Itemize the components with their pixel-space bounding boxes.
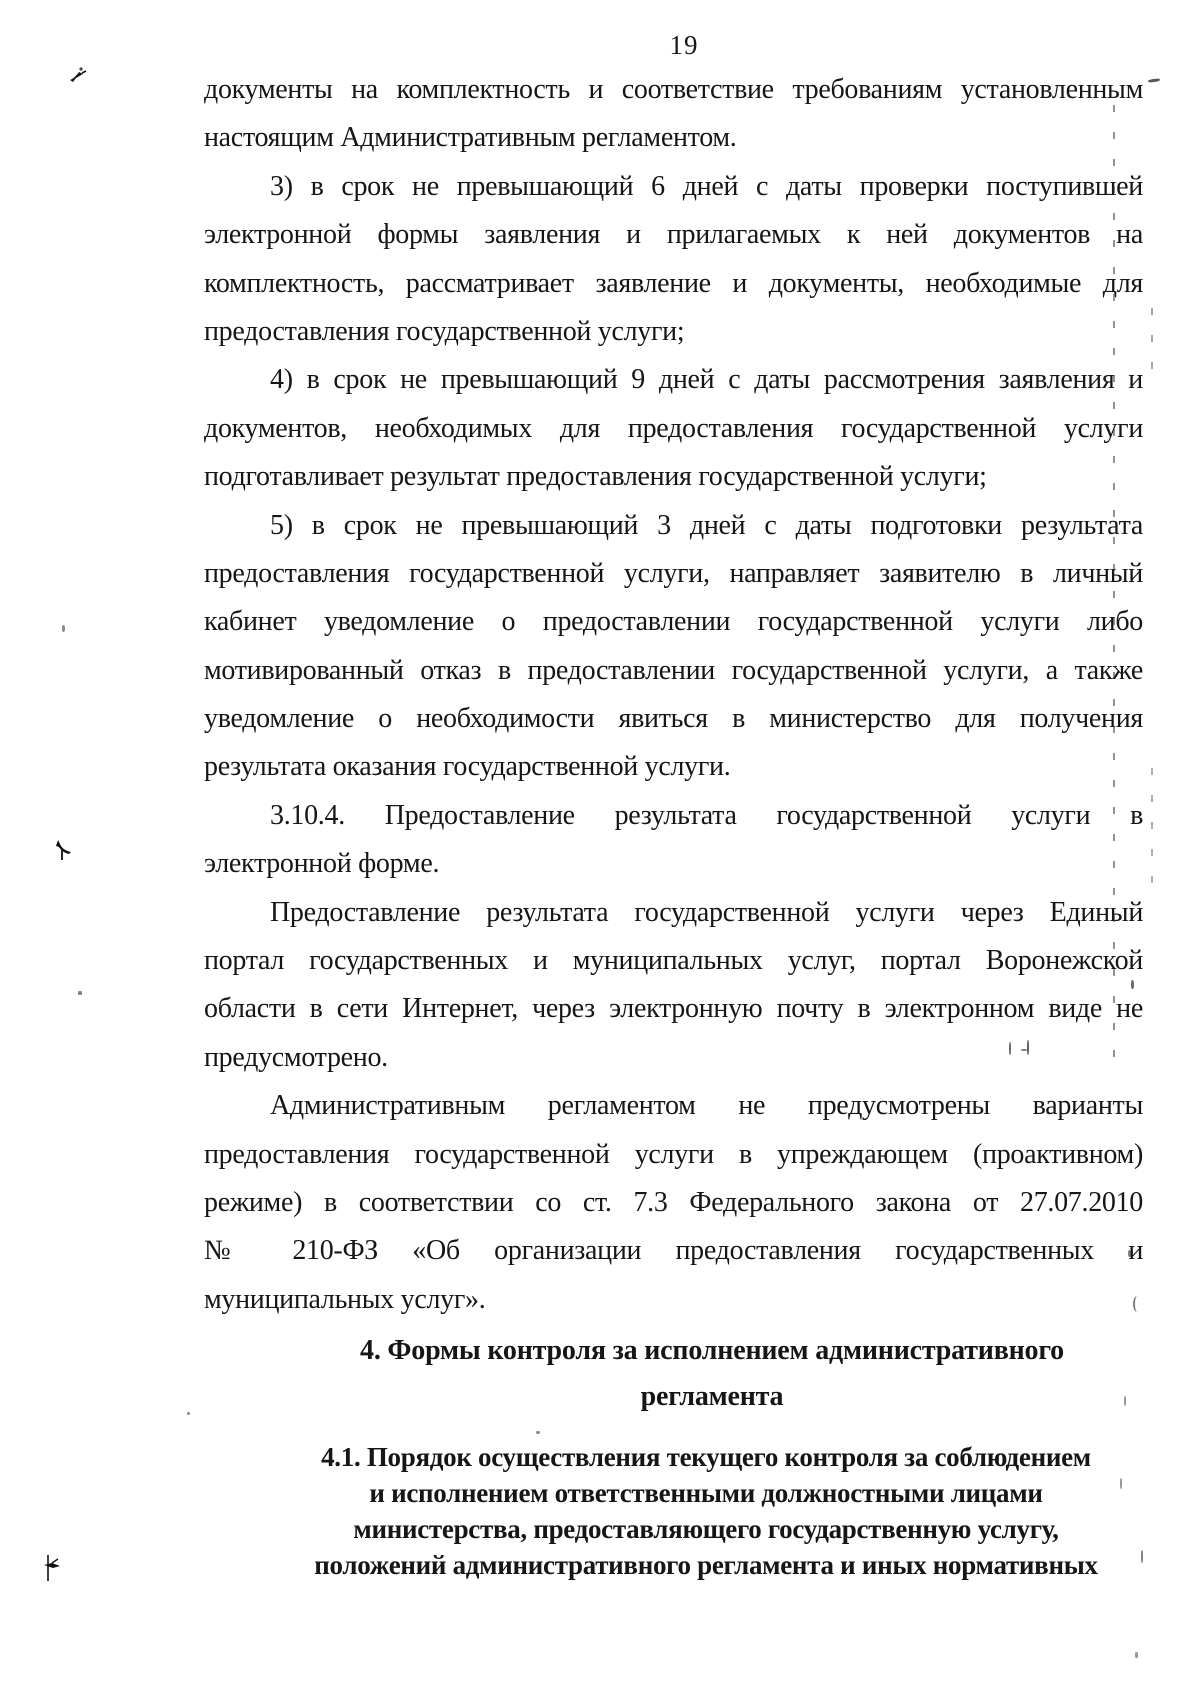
scan-paren-mark xyxy=(1133,1296,1141,1312)
scan-speck xyxy=(536,1431,540,1434)
text-line: кабинет уведомление о предоставлении гос… xyxy=(204,598,1143,646)
scan-speck xyxy=(1135,1652,1138,1658)
text-line: области в сети Интернет, через электронн… xyxy=(204,985,1143,1033)
scan-speck xyxy=(1124,1396,1126,1406)
text-line: и исполнением ответственными должностным… xyxy=(206,1475,1200,1511)
scan-speck xyxy=(187,1412,190,1415)
text-line: Предоставление результата государственно… xyxy=(204,889,1143,937)
ink-arrow-mark xyxy=(50,836,78,866)
text-line: положений административного регламента и… xyxy=(206,1547,1200,1583)
paragraph: 3) в срок не превышающий 6 дней с даты п… xyxy=(204,163,1143,357)
scan-speck xyxy=(1128,1250,1131,1257)
text-line: электронной формы заявления и прилагаемы… xyxy=(204,211,1143,259)
paragraph: документы на комплектность и соответстви… xyxy=(204,66,1143,163)
text-line: муниципальных услуг». xyxy=(204,1276,1143,1324)
text-line: Административным регламентом не предусмо… xyxy=(204,1082,1143,1130)
scan-speck xyxy=(1021,1049,1027,1051)
text-line: документы на комплектность и соответстви… xyxy=(204,66,1143,114)
paragraph: 5) в срок не превышающий 3 дней с даты п… xyxy=(204,502,1143,792)
scan-speck xyxy=(62,625,65,632)
text-line: № 210-ФЗ «Об организации предоставления … xyxy=(204,1227,1143,1275)
paragraph: 4) в срок не превышающий 9 дней с даты р… xyxy=(204,356,1143,501)
scan-speck xyxy=(1120,1478,1122,1489)
paragraph: Предоставление результата государственно… xyxy=(204,889,1143,1083)
ink-squiggle-mark xyxy=(66,64,92,88)
text-line: настоящим Административным регламентом. xyxy=(204,114,1143,162)
text-line: мотивированный отказ в предоставлении го… xyxy=(204,647,1143,695)
scanned-document-page: 19 документы на комплектность и соответс… xyxy=(0,0,1200,1703)
text-line: регламента xyxy=(212,1374,1200,1420)
text-line: 3) в срок не превышающий 6 дней с даты п… xyxy=(204,163,1143,211)
text-line: результата оказания государственной услу… xyxy=(204,743,1143,791)
text-line: предоставления государственной услуги, н… xyxy=(204,550,1143,598)
text-line: уведомление о необходимости явиться в ми… xyxy=(204,695,1143,743)
text-line: подготавливает результат предоставления … xyxy=(204,453,1143,501)
section-heading: 4. Формы контроля за исполнением админис… xyxy=(212,1328,1200,1420)
page-number: 19 xyxy=(0,30,1200,61)
text-line: 4) в срок не превышающий 9 дней с даты р… xyxy=(204,356,1143,404)
text-line: портал государственных и муниципальных у… xyxy=(204,937,1143,985)
scan-speck xyxy=(1148,78,1160,83)
scan-dashed-line xyxy=(1151,308,1153,372)
scan-dashed-line xyxy=(1151,768,1153,886)
body-text: документы на комплектность и соответстви… xyxy=(204,66,1143,1324)
text-line: министерства, предоставляющего государст… xyxy=(206,1511,1200,1547)
scan-speck xyxy=(78,991,82,995)
text-line: 5) в срок не превышающий 3 дней с даты п… xyxy=(204,502,1143,550)
text-line: 4. Формы контроля за исполнением админис… xyxy=(212,1328,1200,1374)
text-line: комплектность, рассматривает заявление и… xyxy=(204,260,1143,308)
scan-speck xyxy=(1027,1040,1029,1055)
paragraph: Административным регламентом не предусмо… xyxy=(204,1082,1143,1324)
text-line: предоставления государственной услуги; xyxy=(204,308,1143,356)
scan-speck xyxy=(1141,1550,1143,1563)
scan-dashed-line xyxy=(1113,105,1115,1063)
scan-speck xyxy=(1009,1042,1011,1055)
paragraph: 3.10.4. Предоставление результата госуда… xyxy=(204,792,1143,889)
text-line: режиме) в соответствии со ст. 7.3 Федера… xyxy=(204,1179,1143,1227)
text-line: предоставления государственной услуги в … xyxy=(204,1131,1143,1179)
text-line: 3.10.4. Предоставление результата госуда… xyxy=(204,792,1143,840)
text-line: документов, необходимых для предоставлен… xyxy=(204,405,1143,453)
subsection-heading: 4.1. Порядок осуществления текущего конт… xyxy=(206,1439,1200,1583)
text-line: электронной форме. xyxy=(204,840,1143,888)
text-line: предусмотрено. xyxy=(204,1034,1143,1082)
text-line: 4.1. Порядок осуществления текущего конт… xyxy=(206,1439,1200,1475)
ink-arrow-mark xyxy=(40,1553,68,1587)
scan-speck xyxy=(1131,980,1134,989)
